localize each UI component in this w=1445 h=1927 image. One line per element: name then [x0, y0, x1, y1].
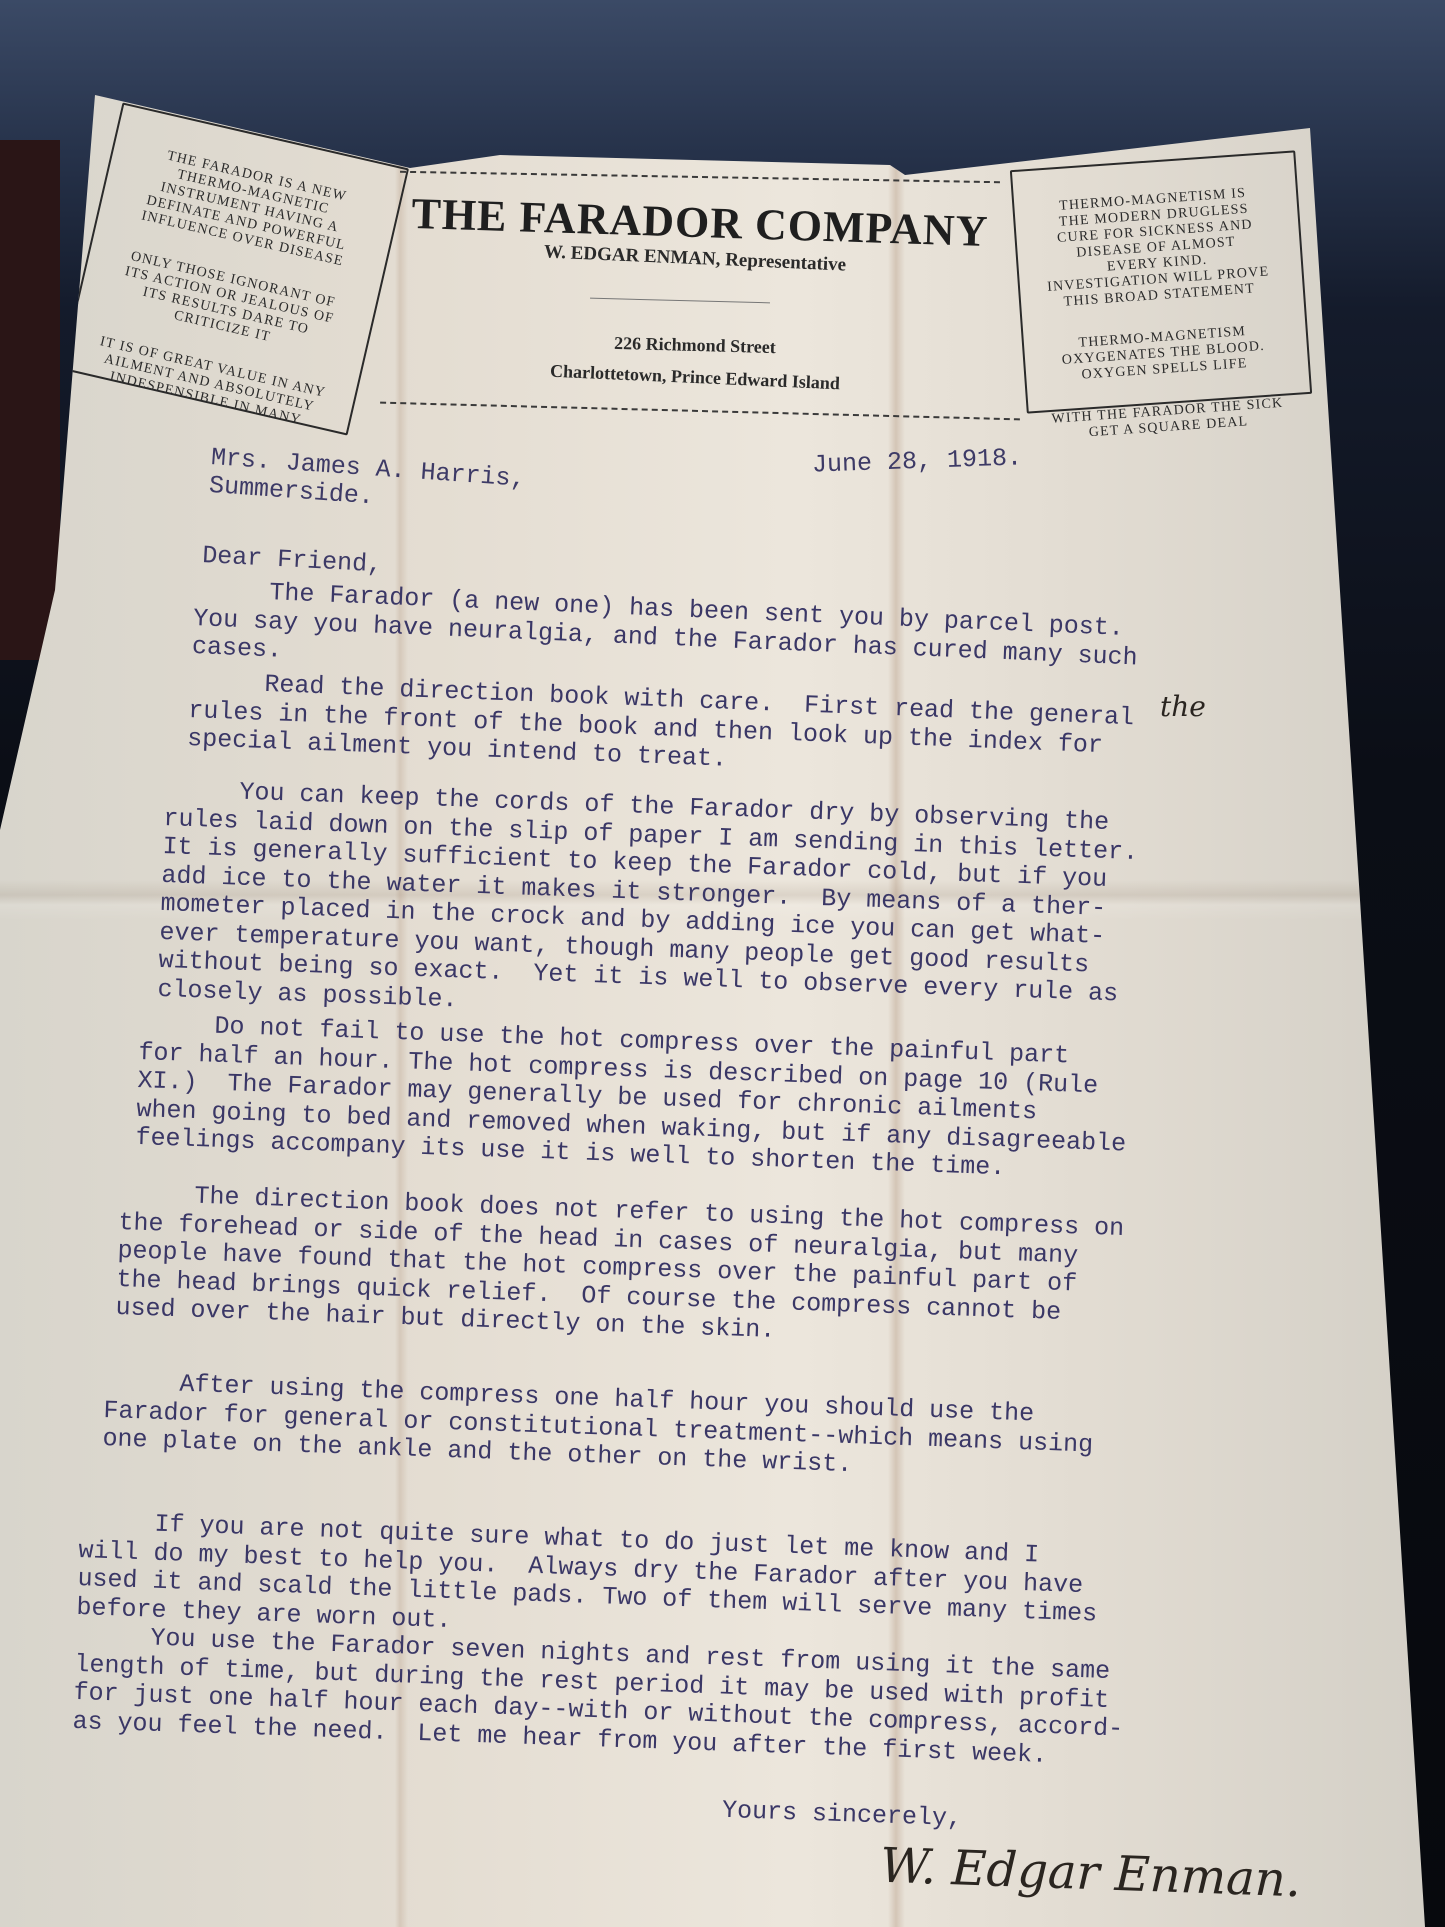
right-panel-claim-1: THERMO-MAGNETISM IS THE MODERN DRUGLESS … — [1021, 183, 1290, 313]
letter-date: June 28, 1918. — [812, 444, 1023, 479]
paragraph-7: If you are not quite sure what to do jus… — [72, 1508, 1129, 1773]
paragraph-6: After using the compress one half hour y… — [102, 1368, 1095, 1488]
handwritten-insert: the — [1160, 690, 1206, 723]
paragraph-5: The direction book does not refer to usi… — [115, 1180, 1125, 1357]
recipient-address: Mrs. James A. Harris, Summerside. — [208, 444, 526, 522]
letterhead-rule — [590, 298, 770, 304]
signature: W. Edgar Enman. — [879, 1838, 1302, 1909]
city-address: Charlottetown, Prince Edward Island — [470, 357, 920, 398]
background-surface — [0, 140, 60, 660]
closing: Yours sincerely, — [722, 1796, 963, 1833]
letterhead-right-panel: THERMO-MAGNETISM IS THE MODERN DRUGLESS … — [1020, 167, 1301, 471]
paragraph-4: Do not fail to use the hot compress over… — [135, 1010, 1130, 1187]
street-address: 226 Richmond Street — [470, 329, 920, 362]
letterhead-bottom-border — [380, 402, 1020, 421]
right-panel-claim-3: WITH THE FARADOR THE SICK GET A SQUARE D… — [1036, 395, 1300, 445]
letter-sheet: THE FARADOR IS A NEW THERMO-MAGNETIC INS… — [0, 0, 1445, 1927]
paragraph-3: You can keep the cords of the Farador dr… — [157, 776, 1140, 1038]
salutation: Dear Friend, — [202, 542, 383, 579]
letterhead-top-border — [400, 171, 1000, 183]
right-panel-claim-2: THERMO-MAGNETISM OXYGENATES THE BLOOD. O… — [1031, 321, 1296, 387]
